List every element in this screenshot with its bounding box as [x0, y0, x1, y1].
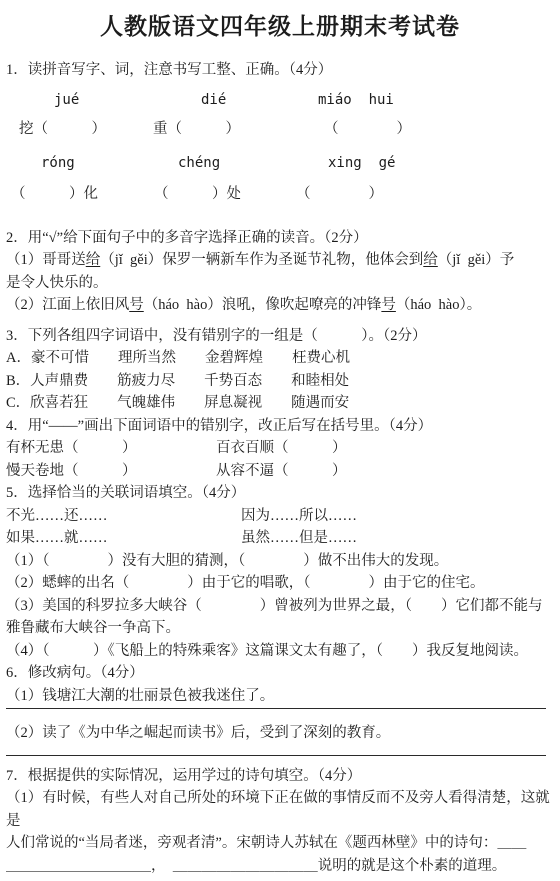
q7-item-1-line-2: 是 [6, 810, 554, 833]
q1-pinyin-grid: jué dié miáo hui 挖（ ） 重（ ） （ ） róng chén… [6, 82, 554, 222]
q1-answer-3: （ ） [324, 117, 411, 138]
q5-conjunctions-row-2: 如果……就……虽然……但是…… [6, 527, 554, 550]
q2-title: 2．用“√”给下面句子中的多音字选择正确的读音。（2分） [6, 227, 554, 250]
q5-item-3: （3）美国的科罗拉多大峡谷（ ）曾被列为世界之最，（ ）它们都不能与 [6, 595, 554, 618]
q6-item-2: （2）读了《为中华之崛起而读书》后，受到了深刻的教育。 [6, 722, 554, 745]
q1-pinyin-5: chéng [178, 155, 220, 171]
q3-option-a: A．豪不可惜 理所当然 金碧辉煌 枉费心机 [6, 347, 554, 370]
q7-title: 7．根据提供的实际情况，运用学过的诗句填空。（4分） [6, 765, 554, 788]
q1-answer-6: （ ） [296, 182, 383, 203]
q2-item-2: （2）江面上依旧风号（háo hào）浪吼，像吹起嘹亮的冲锋号（háo hào）… [6, 294, 554, 317]
q3-title: 3．下列各组四字词语中，没有错别字的一组是（ ）。（2分） [6, 325, 554, 348]
q2-item-1: （1）哥哥送给（jǐ gěi）保罗一辆新车作为圣诞节礼物，他体会到给（jǐ gě… [6, 249, 554, 272]
q7-item-1-line-1: （1）有时候，有些人对自己所处的环境下正在做的事情反而不及旁人看得清楚，这就 [6, 787, 554, 810]
q1-pinyin-4: róng [41, 155, 75, 171]
q1-pinyin-1: jué [54, 92, 79, 108]
q5-conjunctions-row-1: 不光……还……因为……所以…… [6, 505, 554, 528]
q5-item-4: （4）（ ）《飞船上的特殊乘客》这篇课文太有趣了，（ ）我反复地阅读。 [6, 640, 554, 663]
q6-title: 6．修改病句。（4分） [6, 662, 554, 685]
page-title: 人教版语文四年级上册期末考试卷 [6, 12, 554, 42]
q6-item-1: （1）钱塘江大潮的壮丽景色被我迷住了。 [6, 685, 554, 708]
q5-item-3-cont: 雅鲁藏布大峡谷一争高下。 [6, 617, 554, 640]
q7-item-1-line-4: ＿＿＿＿＿＿＿＿＿＿， ＿＿＿＿＿＿＿＿＿＿说明的就是这个朴素的道理。 [6, 855, 554, 878]
q2-item2-seg: （háo hào）浪吼，像吹起嘹亮的冲锋 [144, 297, 382, 313]
q4-row-1: 有杯无患（ ）百衣百顺（ ） [6, 437, 554, 460]
q2-item1-seg: （jǐ gěi）予 [438, 252, 515, 268]
q1-answer-2: 重（ ） [153, 117, 240, 138]
q5-item-2: （2）蟋蟀的出名（ ）由于它的唱歌，（ ）由于它的住宅。 [6, 572, 554, 595]
q5-title: 5．选择恰当的关联词语填空。（4分） [6, 482, 554, 505]
answer-blank-line [6, 755, 546, 756]
answer-blank-line [6, 708, 546, 709]
q2-item-1-cont: 是令人快乐的。 [6, 272, 554, 295]
q7-item-1-line-3: 人们常说的“当局者迷，旁观者清”。宋朝诗人苏轼在《题西林壁》中的诗句：＿＿ [6, 832, 554, 855]
q1-answer-5: （ ）处 [154, 182, 241, 203]
q4-title: 4．用“——”画出下面词语中的错别字，改正后写在括号里。（4分） [6, 415, 554, 438]
q2-item2-seg: （háo hào）。 [396, 297, 481, 313]
q2-item1-seg: （1）哥哥送 [6, 252, 86, 268]
q2-item2-polyphone: 号 [381, 297, 396, 313]
q5-conjunction: 虽然……但是…… [241, 530, 357, 546]
exam-paper: 人教版语文四年级上册期末考试卷 1．读拼音写字、词，注意书写工整、正确。（4分）… [0, 0, 560, 881]
q3-option-c: C．欣喜若狂 气魄雄伟 屏息凝视 随遇而安 [6, 392, 554, 415]
q1-title: 1．读拼音写字、词，注意书写工整、正确。（4分） [6, 59, 554, 82]
q5-conjunction: 不光……还…… [6, 505, 241, 528]
q4-word-3: 慢天卷地（ ） [6, 460, 216, 483]
q4-word-1: 有杯无患（ ） [6, 437, 216, 460]
q2-item1-seg: （jǐ gěi）保罗一辆新车作为圣诞节礼物，他体会到 [100, 252, 423, 268]
q1-pinyin-3: miáo hui [318, 92, 394, 108]
q1-pinyin-2: dié [201, 92, 226, 108]
q5-conjunction: 如果……就…… [6, 527, 241, 550]
q2-item1-polyphone: 给 [86, 252, 101, 268]
q5-item-1: （1）（ ）没有大胆的猜测，（ ）做不出伟大的发现。 [6, 550, 554, 573]
q1-answer-4: （ ）化 [11, 182, 98, 203]
q3-option-b: B．人声鼎费 筋疲力尽 千势百态 和睦相处 [6, 370, 554, 393]
q4-row-2: 慢天卷地（ ）从容不逼（ ） [6, 460, 554, 483]
q5-conjunction: 因为……所以…… [241, 508, 357, 524]
q1-pinyin-6: xing gé [328, 155, 395, 171]
q1-answer-1: 挖（ ） [19, 117, 106, 138]
q4-word-4: 从容不逼（ ） [216, 463, 347, 479]
q2-item1-polyphone: 给 [423, 252, 438, 268]
q2-item2-seg: （2）江面上依旧风 [6, 297, 129, 313]
q2-item2-polyphone: 号 [129, 297, 144, 313]
q4-word-2: 百衣百顺（ ） [216, 440, 347, 456]
